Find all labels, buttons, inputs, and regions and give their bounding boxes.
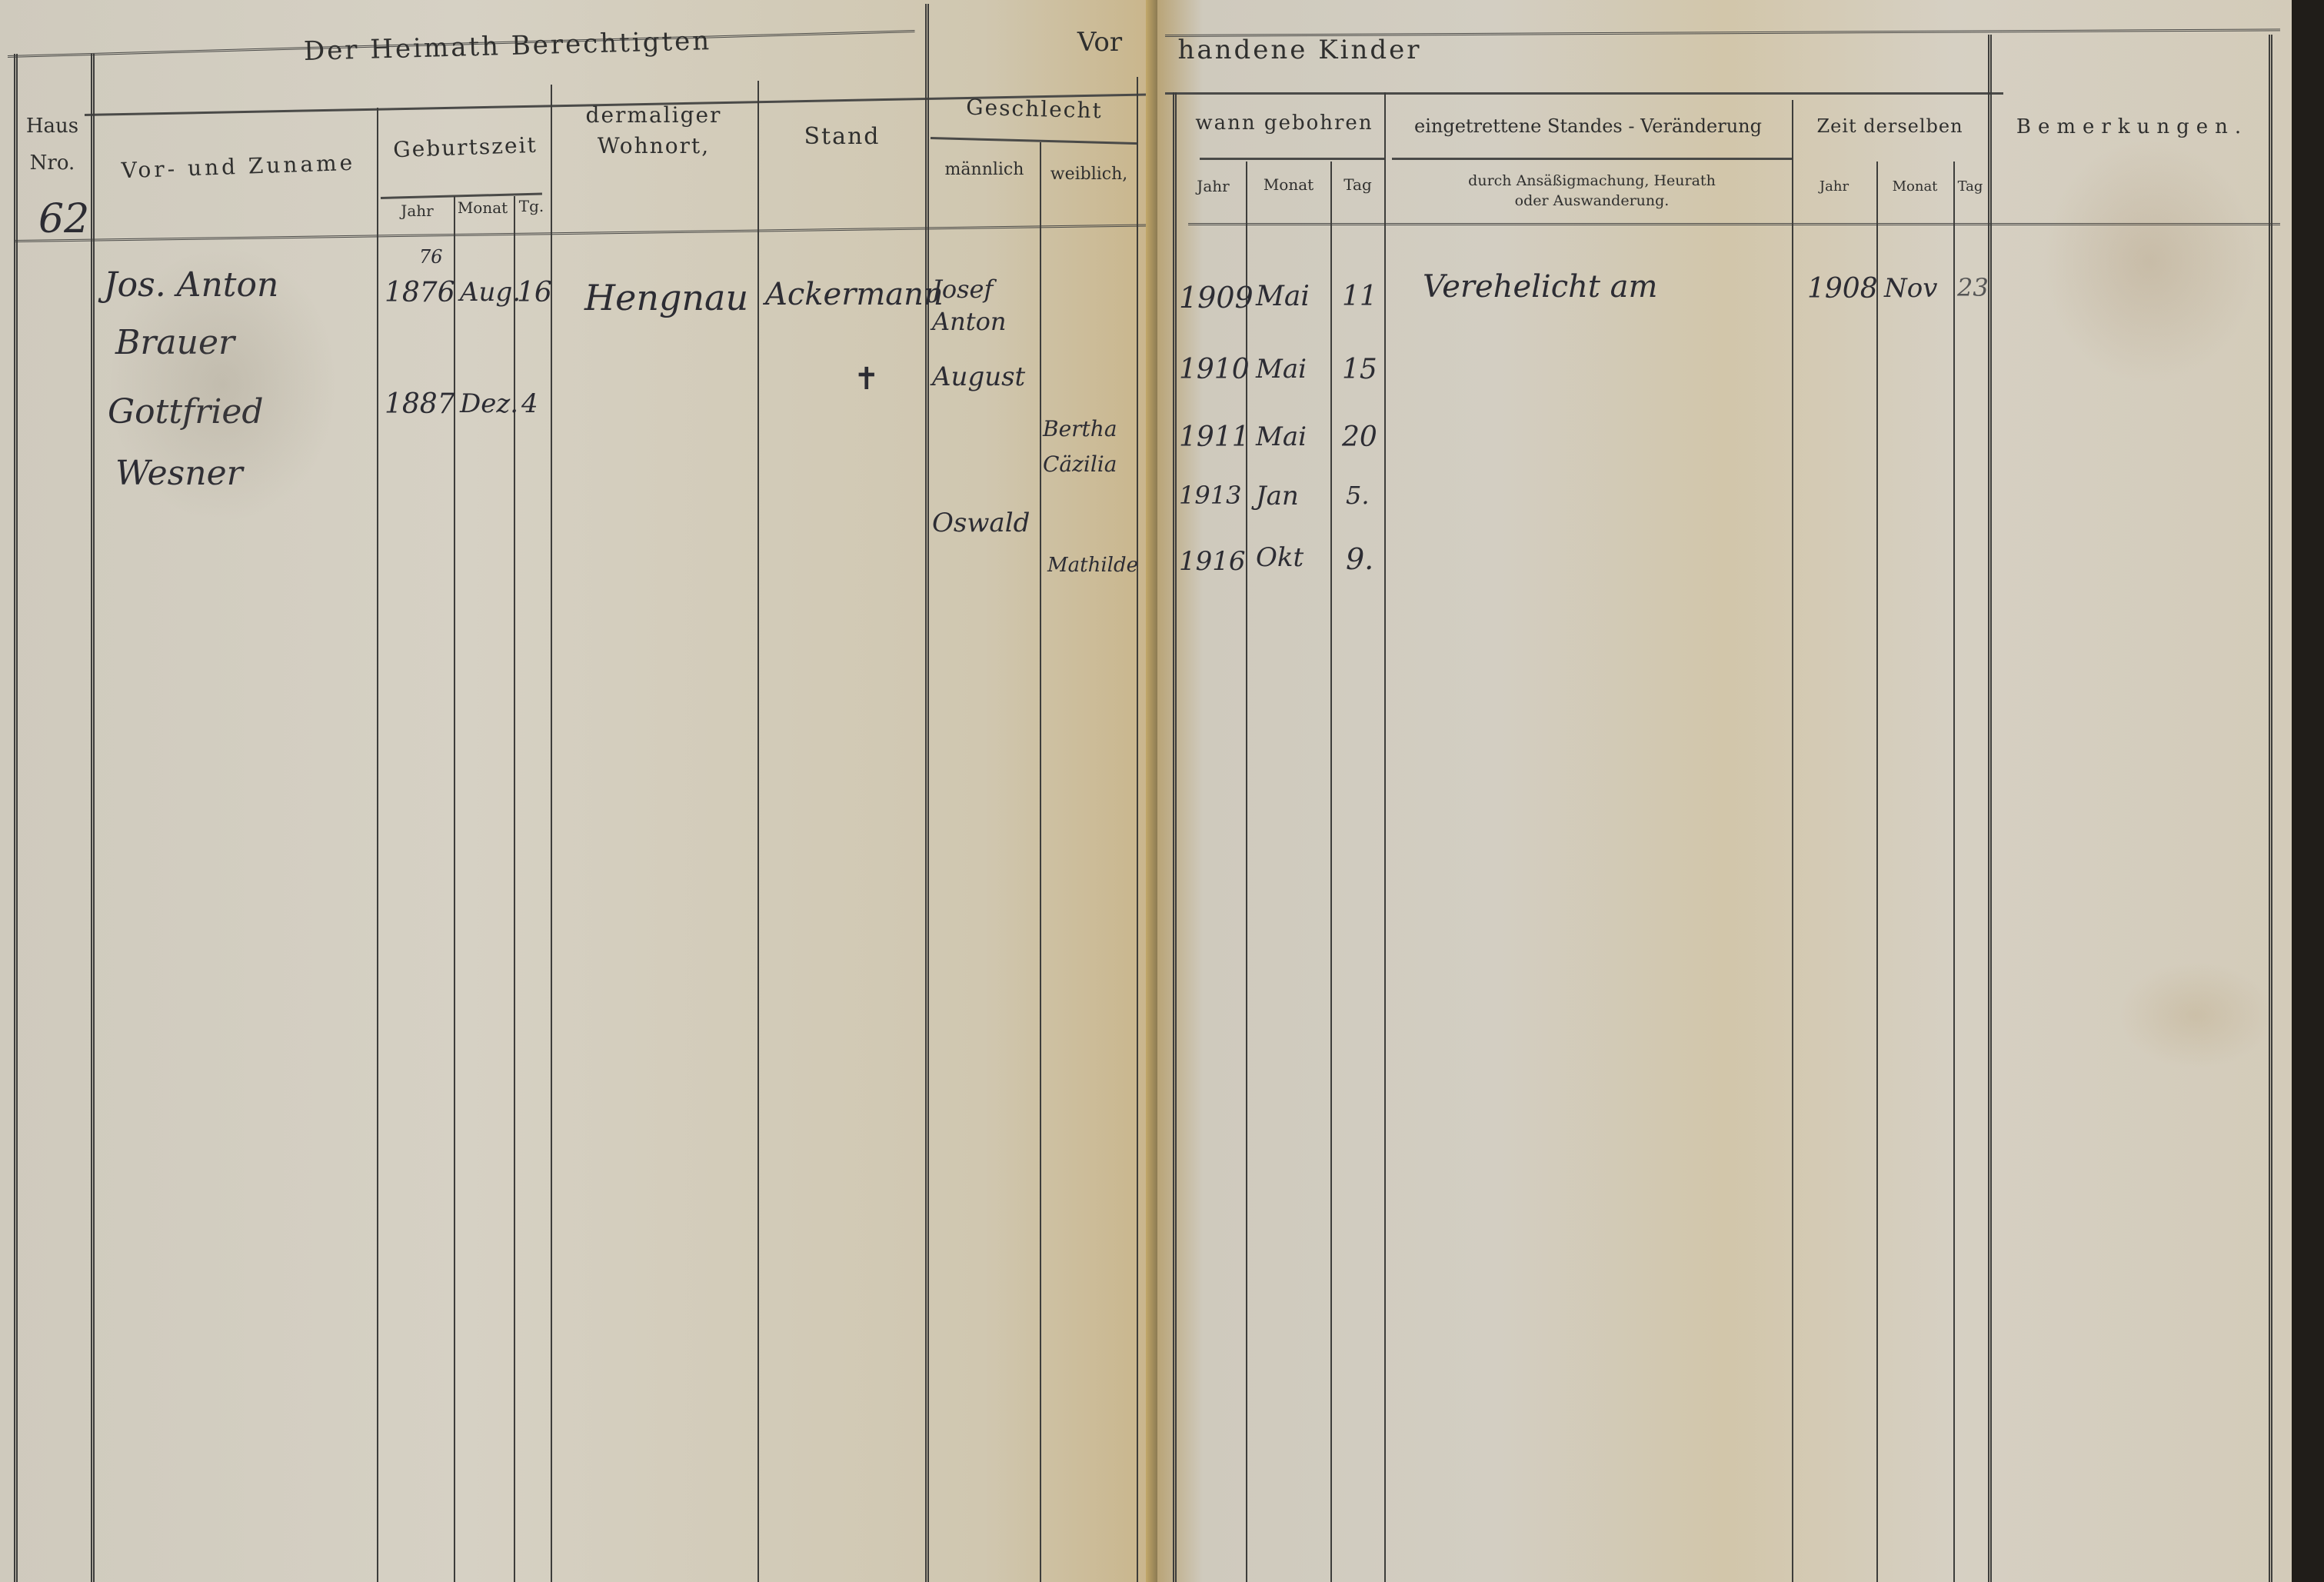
person1-name-line1: Jos. Anton (104, 265, 278, 305)
col-weiblich-right (1137, 77, 1138, 1582)
child5-monat: Okt (1256, 542, 1304, 573)
child3-weiblich: Bertha Cäzilia (1043, 411, 1134, 482)
header-standes-sub: durch Ansäßigmachung, Heurath oder Auswa… (1465, 171, 1719, 211)
child1-jahr: 1909 (1179, 281, 1254, 315)
person1-stand: Ackermann (765, 277, 944, 312)
wann-sub-rule (1200, 158, 1384, 160)
header-geburtszeit: Geburtszeit (384, 132, 546, 162)
standes-tag: 23 (1957, 273, 1989, 302)
child3-monat: Mai (1256, 421, 1307, 452)
col-maennlich-right (1040, 142, 1041, 1582)
header-jahr: Jahr (1180, 177, 1246, 195)
header-zeit-jahr: Jahr (1796, 178, 1873, 195)
background-edge (2292, 0, 2324, 1582)
child3-jahr: 1911 (1179, 421, 1250, 453)
header-standes-veraenderung: eingetrettene Standes - Veränderung (1388, 115, 1788, 137)
col-zeit-tag-right (1988, 35, 1992, 1582)
header-wann-gebohren: wann gebohren (1188, 112, 1380, 135)
child2-jahr: 1910 (1179, 354, 1250, 385)
person2-death-cross-icon: ✝ (854, 361, 880, 397)
left-border (1173, 92, 1177, 1582)
standes-text: Verehelicht am (1423, 269, 1657, 305)
stain (2042, 138, 2257, 385)
person2-tag: 4 (521, 388, 538, 419)
col-wohnort-right (757, 81, 759, 1582)
header-zeit-derselben: Zeit derselben (1796, 115, 1984, 137)
header-bemerkungen: Bemerkungen. (1999, 115, 2265, 138)
header-zeit-tag: Tag (1954, 178, 1986, 195)
title-rule (1165, 92, 2003, 95)
left-page: Der Heimath Berechtigten Haus Nro. Vor- … (0, 0, 1157, 1582)
col-tag-right (551, 85, 552, 1582)
person1-name-line2: Brauer (115, 323, 235, 362)
col-zeit-jahr-right (1876, 162, 1878, 1582)
stain (2119, 961, 2272, 1069)
child2-tag: 15 (1342, 354, 1377, 385)
standes-jahr: 1908 (1807, 273, 1878, 305)
header-wohnort: dermaliger Wohnort, (561, 100, 746, 162)
standes-monat: Nov (1884, 273, 1937, 304)
person1-tag: 16 (517, 277, 552, 308)
person2-jahr: 1887 (385, 388, 455, 420)
col-zeit-monat-right (1953, 162, 1955, 1582)
header-weiblich: weiblich, (1043, 165, 1135, 184)
child3-tag: 20 (1342, 421, 1377, 453)
person1-jahr-correction: 76 (419, 246, 443, 268)
header-geburt-monat: Monat (454, 198, 511, 217)
person1-wohnort: Hengnau (584, 277, 748, 318)
child4-monat: Jan (1256, 481, 1299, 511)
geschlecht-sub-rule (931, 137, 1138, 145)
child1-tag: 11 (1342, 281, 1377, 312)
header-stand: Stand (769, 123, 915, 150)
right-page: handene Kinder wann gebohren Jahr Monat … (1157, 0, 2292, 1582)
col-stand-right (925, 4, 929, 1582)
haus-nro-value: 62 (38, 196, 89, 242)
child2-monat: Mai (1256, 354, 1307, 385)
person1-jahr: 1876 (385, 277, 455, 308)
header-bottom-rule (1188, 223, 2280, 228)
right-border (2269, 35, 2272, 1582)
child4-maennlich: Oswald (932, 508, 1030, 538)
col-haus-right (91, 54, 95, 1582)
child5-jahr: 1916 (1179, 546, 1246, 577)
person2-name-line1: Gottfried (108, 392, 264, 431)
header-tag: Tag (1333, 175, 1383, 194)
child4-jahr: 1913 (1179, 481, 1241, 510)
child1-maennlich: Josef Anton (932, 273, 1032, 338)
person2-name-line2: Wesner (115, 454, 243, 493)
child4-tag: 5. (1346, 481, 1370, 510)
left-border (14, 54, 18, 1582)
person1-monat: Aug. (460, 277, 521, 308)
section-title-heimath: Der Heimath Berechtigten (277, 25, 739, 68)
col-name-right (377, 108, 378, 1582)
section-title-vor: Vor (1061, 27, 1138, 58)
header-geburt-jahr: Jahr (385, 201, 450, 220)
col-monat-right (1330, 162, 1332, 1582)
child2-maennlich: August (932, 361, 1025, 392)
header-geschlecht: Geschlecht (934, 94, 1135, 125)
header-monat: Monat (1248, 175, 1329, 194)
child5-weiblich: Mathilde (1047, 554, 1138, 577)
header-maennlich: männlich (932, 160, 1037, 179)
col-tag-right (1384, 92, 1386, 1582)
child1-monat: Mai (1256, 281, 1310, 312)
section-title-kinder: handene Kinder (1173, 35, 1427, 65)
header-bottom-rule (15, 224, 1154, 245)
header-zeit-monat: Monat (1876, 178, 1953, 195)
header-name: Vor- und Zuname (108, 149, 370, 184)
col-standes-right (1792, 100, 1793, 1582)
person2-monat: Dez. (460, 388, 518, 419)
standes-sub-rule (1392, 158, 1792, 160)
child5-tag: 9. (1346, 542, 1373, 576)
header-haus-nro: Haus Nro. (17, 108, 88, 182)
header-geburt-tag: Tg. (514, 197, 549, 215)
